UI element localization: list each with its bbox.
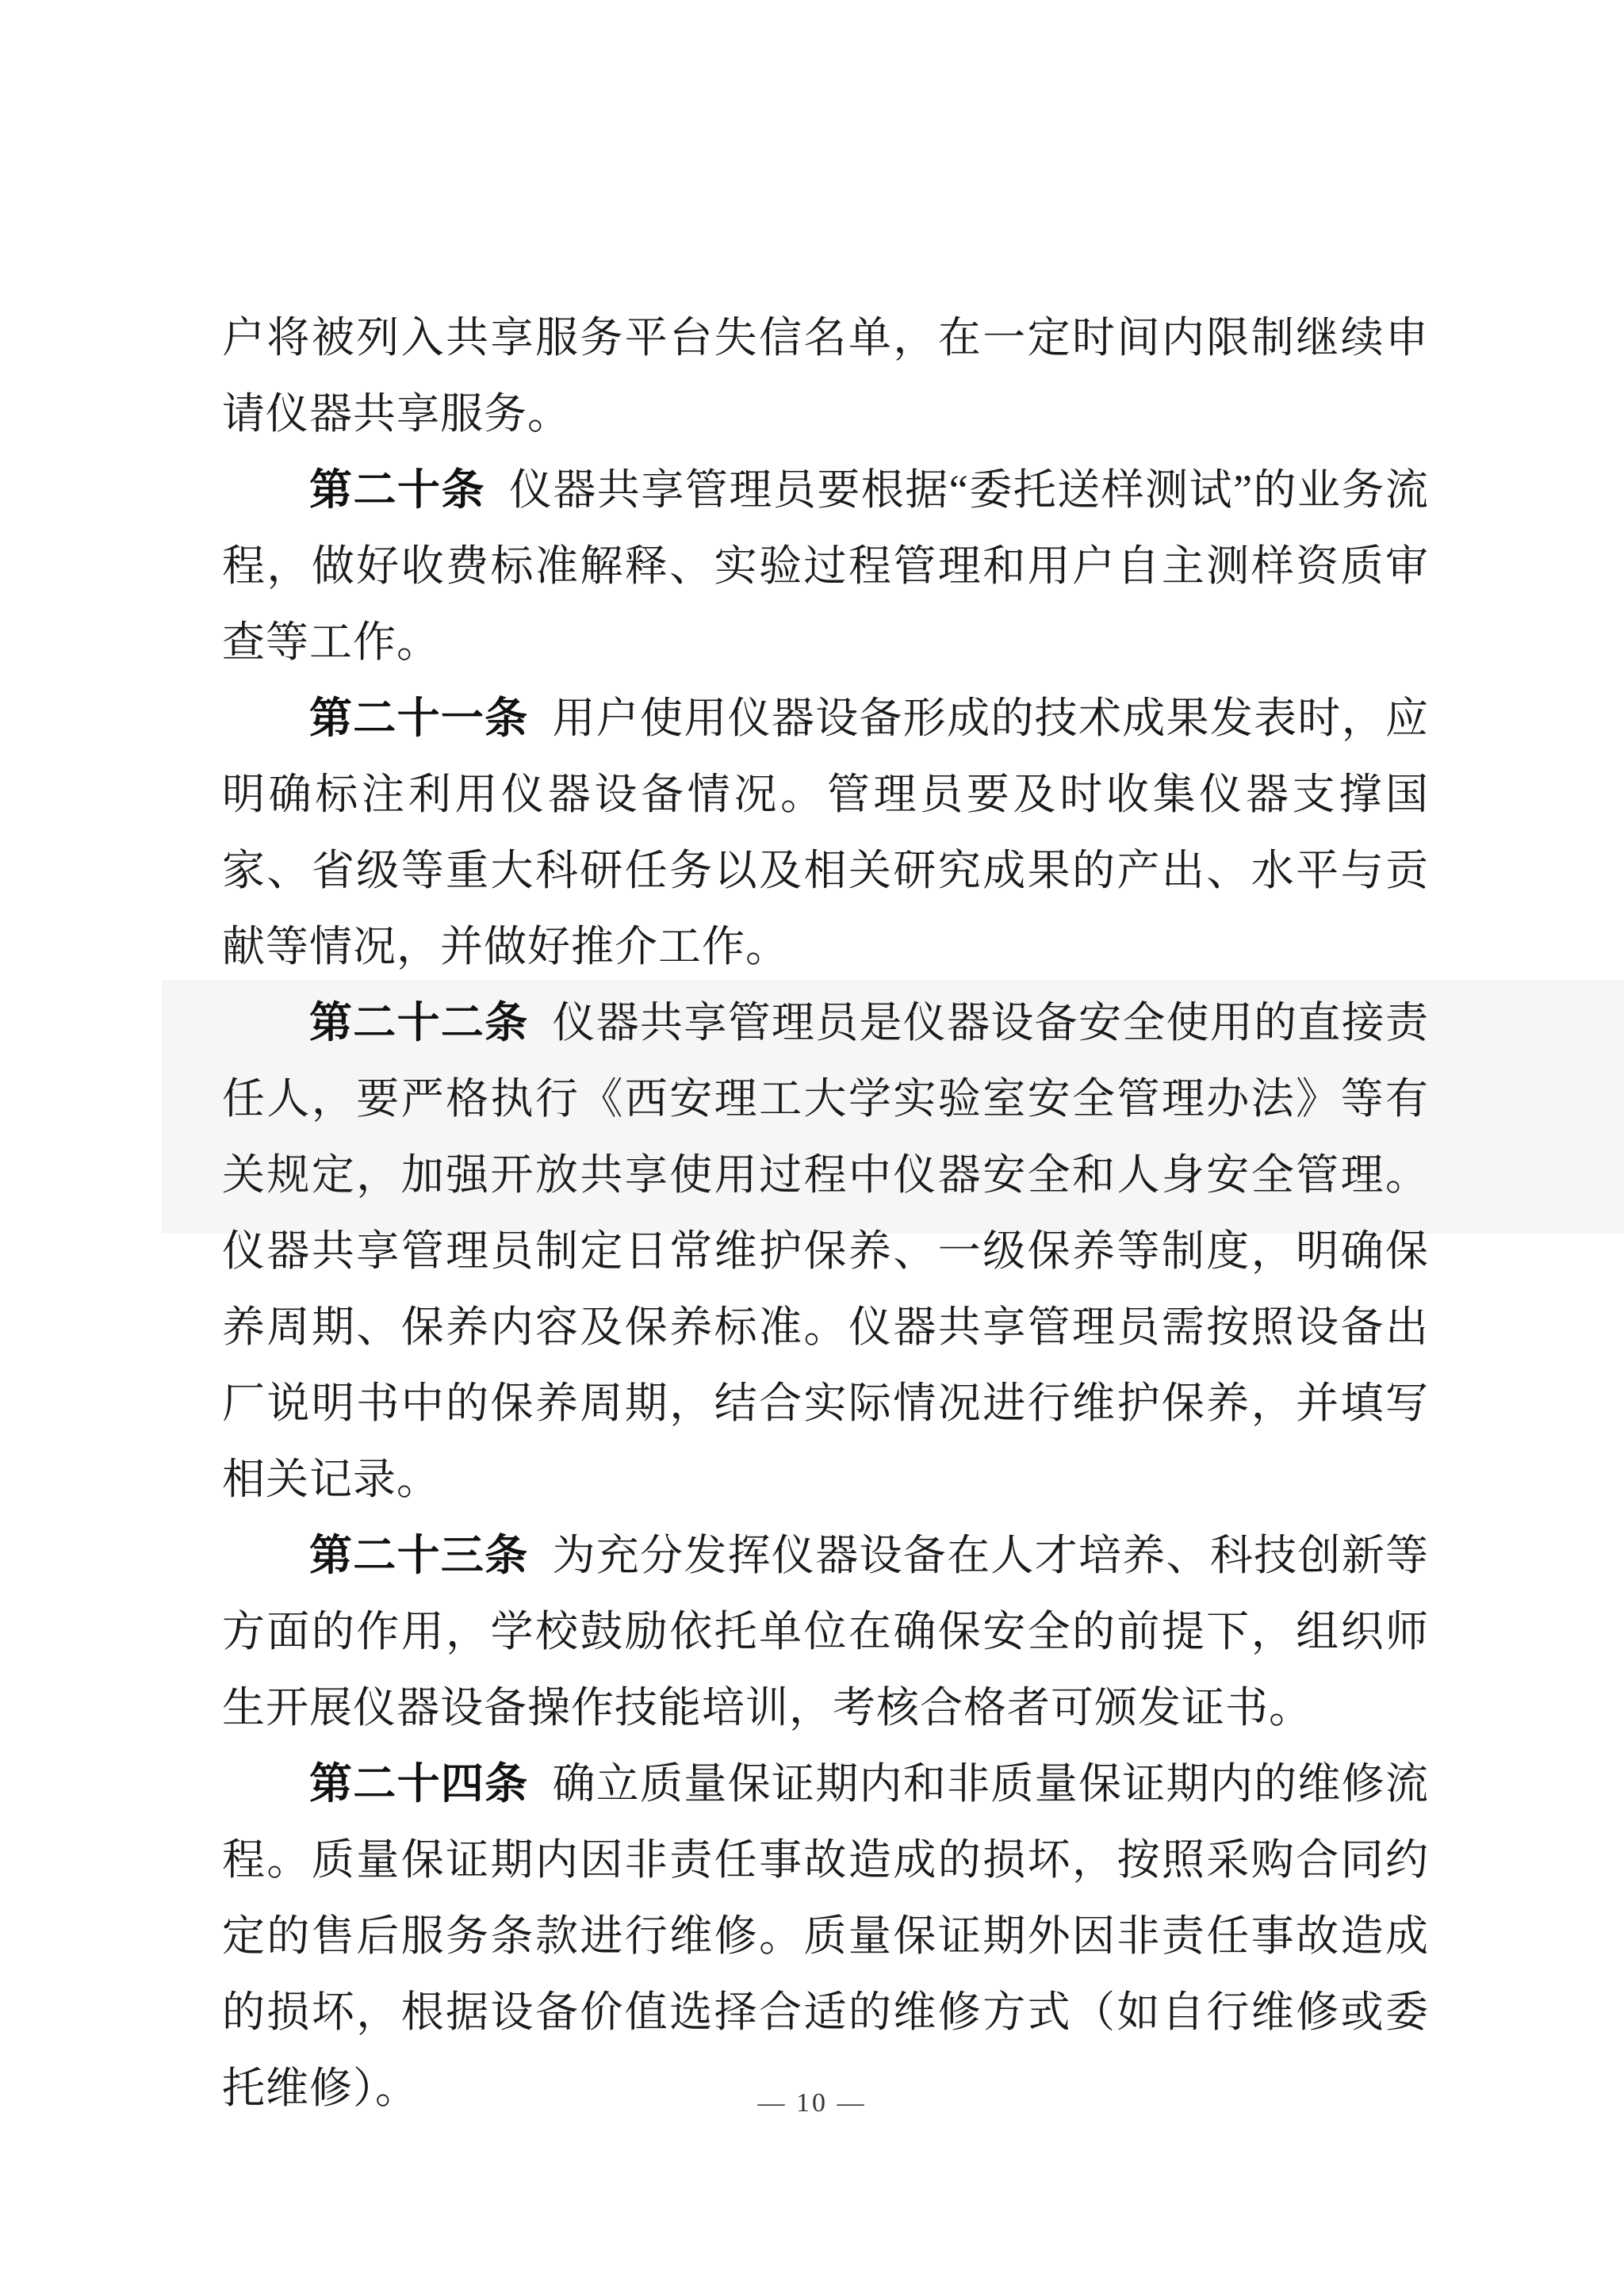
page-number: — 10 — xyxy=(0,2088,1624,2118)
paragraph: 第二十条仪器共享管理员要根据“委托送样测试”的业务流程，做好收费标准解释、实验过… xyxy=(222,452,1429,680)
paragraph: 第二十四条确立质量保证期内和非质量保证期内的维修流程。质量保证期内因非责任事故造… xyxy=(222,1746,1429,2126)
article-number: 第二十四条 xyxy=(309,1760,528,1808)
document-page: 户将被列入共享服务平台失信名单，在一定时间内限制继续申请仪器共享服务。第二十条仪… xyxy=(0,0,1624,2296)
article-number: 第二十一条 xyxy=(309,695,528,742)
article-number: 第二十二条 xyxy=(309,999,528,1047)
paragraph: 第二十二条仪器共享管理员是仪器设备安全使用的直接责任人，要严格执行《西安理工大学… xyxy=(222,985,1429,1517)
article-number: 第二十条 xyxy=(309,466,485,514)
paragraph: 第二十三条为充分发挥仪器设备在人才培养、科技创新等方面的作用，学校鼓励依托单位在… xyxy=(222,1517,1429,1746)
paragraph-text: 户将被列入共享服务平台失信名单，在一定时间内限制继续申请仪器共享服务。 xyxy=(222,314,1429,438)
paragraph: 第二十一条用户使用仪器设备形成的技术成果发表时，应明确标注利用仪器设备情况。管理… xyxy=(222,680,1429,985)
paragraph-text: 仪器共享管理员是仪器设备安全使用的直接责任人，要严格执行《西安理工大学实验室安全… xyxy=(222,999,1429,1503)
paragraph-text: 确立质量保证期内和非质量保证期内的维修流程。质量保证期内因非责任事故造成的损坏，… xyxy=(222,1760,1429,2112)
document-body: 户将被列入共享服务平台失信名单，在一定时间内限制继续申请仪器共享服务。第二十条仪… xyxy=(222,300,1429,2126)
article-number: 第二十三条 xyxy=(309,1532,528,1579)
paragraph: 户将被列入共享服务平台失信名单，在一定时间内限制继续申请仪器共享服务。 xyxy=(222,300,1429,452)
